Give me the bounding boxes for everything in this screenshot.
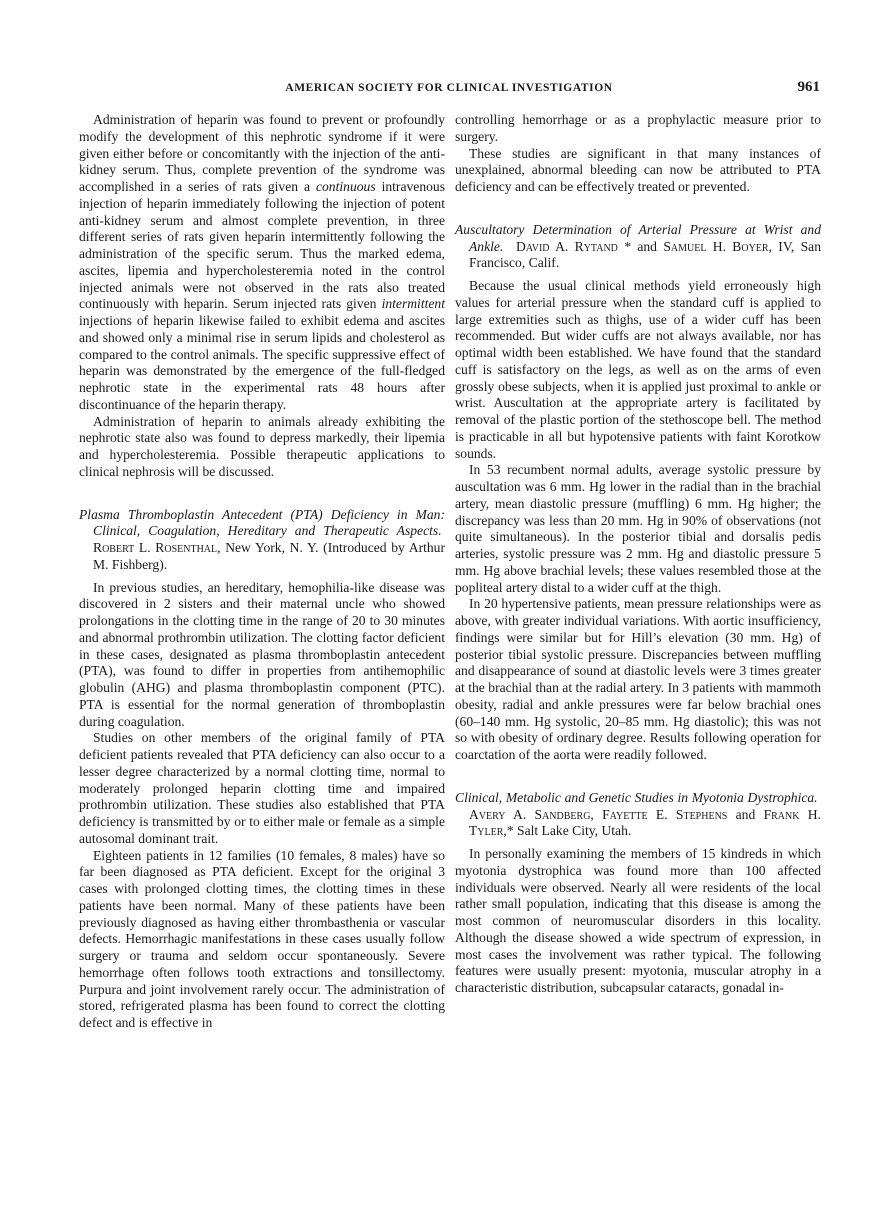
author-name: David A. Rytand — [516, 239, 618, 254]
paragraph-pta-significance: These studies are significant in that ma… — [455, 146, 821, 196]
article-title-myotonia: Clinical, Metabolic and Genetic Studies … — [455, 790, 821, 840]
paragraph-pta-2: Studies on other members of the original… — [79, 730, 445, 847]
paragraph-heparin-prevention: Administration of heparin was found to p… — [79, 112, 445, 414]
author-name: Robert L. Rosenthal — [93, 540, 217, 555]
paragraph-pta-3: Eighteen patients in 12 families (10 fem… — [79, 848, 445, 1032]
paragraph-myotonia-1: In personally examining the members of 1… — [455, 846, 821, 997]
page-number: 961 — [798, 79, 821, 96]
author-name: Avery A. Sandberg — [469, 807, 590, 822]
paragraph-continuation: controlling hemorrhage or as a prophylac… — [455, 112, 821, 146]
emphasis-continuous: continuous — [316, 179, 376, 194]
page-header: AMERICAN SOCIETY FOR CLINICAL INVESTIGAT… — [78, 80, 820, 98]
author-name: Fayette E. Stephens — [602, 807, 727, 822]
article-title-text: Clinical, Metabolic and Genetic Studies … — [455, 790, 818, 805]
article-title-text: Plasma Thromboplastin Antecedent (PTA) D… — [79, 507, 445, 539]
author-location: ,* Salt Lake City, Utah. — [503, 823, 631, 838]
paragraph-heparin-established: Administration of heparin to animals alr… — [79, 414, 445, 481]
emphasis-intermittent: intermittent — [382, 296, 445, 311]
left-column: Administration of heparin was found to p… — [79, 112, 445, 1032]
right-column: controlling hemorrhage or as a prophylac… — [455, 112, 821, 997]
paragraph-auscultatory-1: Because the usual clinical methods yield… — [455, 278, 821, 462]
paragraph-auscultatory-3: In 20 hypertensive patients, mean pressu… — [455, 596, 821, 764]
paragraph-auscultatory-2: In 53 recumbent normal adults, average s… — [455, 462, 821, 596]
author-name: Samuel H. Boyer — [663, 239, 768, 254]
article-title-auscultatory: Auscultatory Determination of Arterial P… — [455, 222, 821, 272]
article-title-pta: Plasma Thromboplastin Antecedent (PTA) D… — [79, 507, 445, 574]
paragraph-pta-1: In previous studies, an hereditary, hemo… — [79, 580, 445, 731]
running-head: AMERICAN SOCIETY FOR CLINICAL INVESTIGAT… — [78, 82, 820, 94]
